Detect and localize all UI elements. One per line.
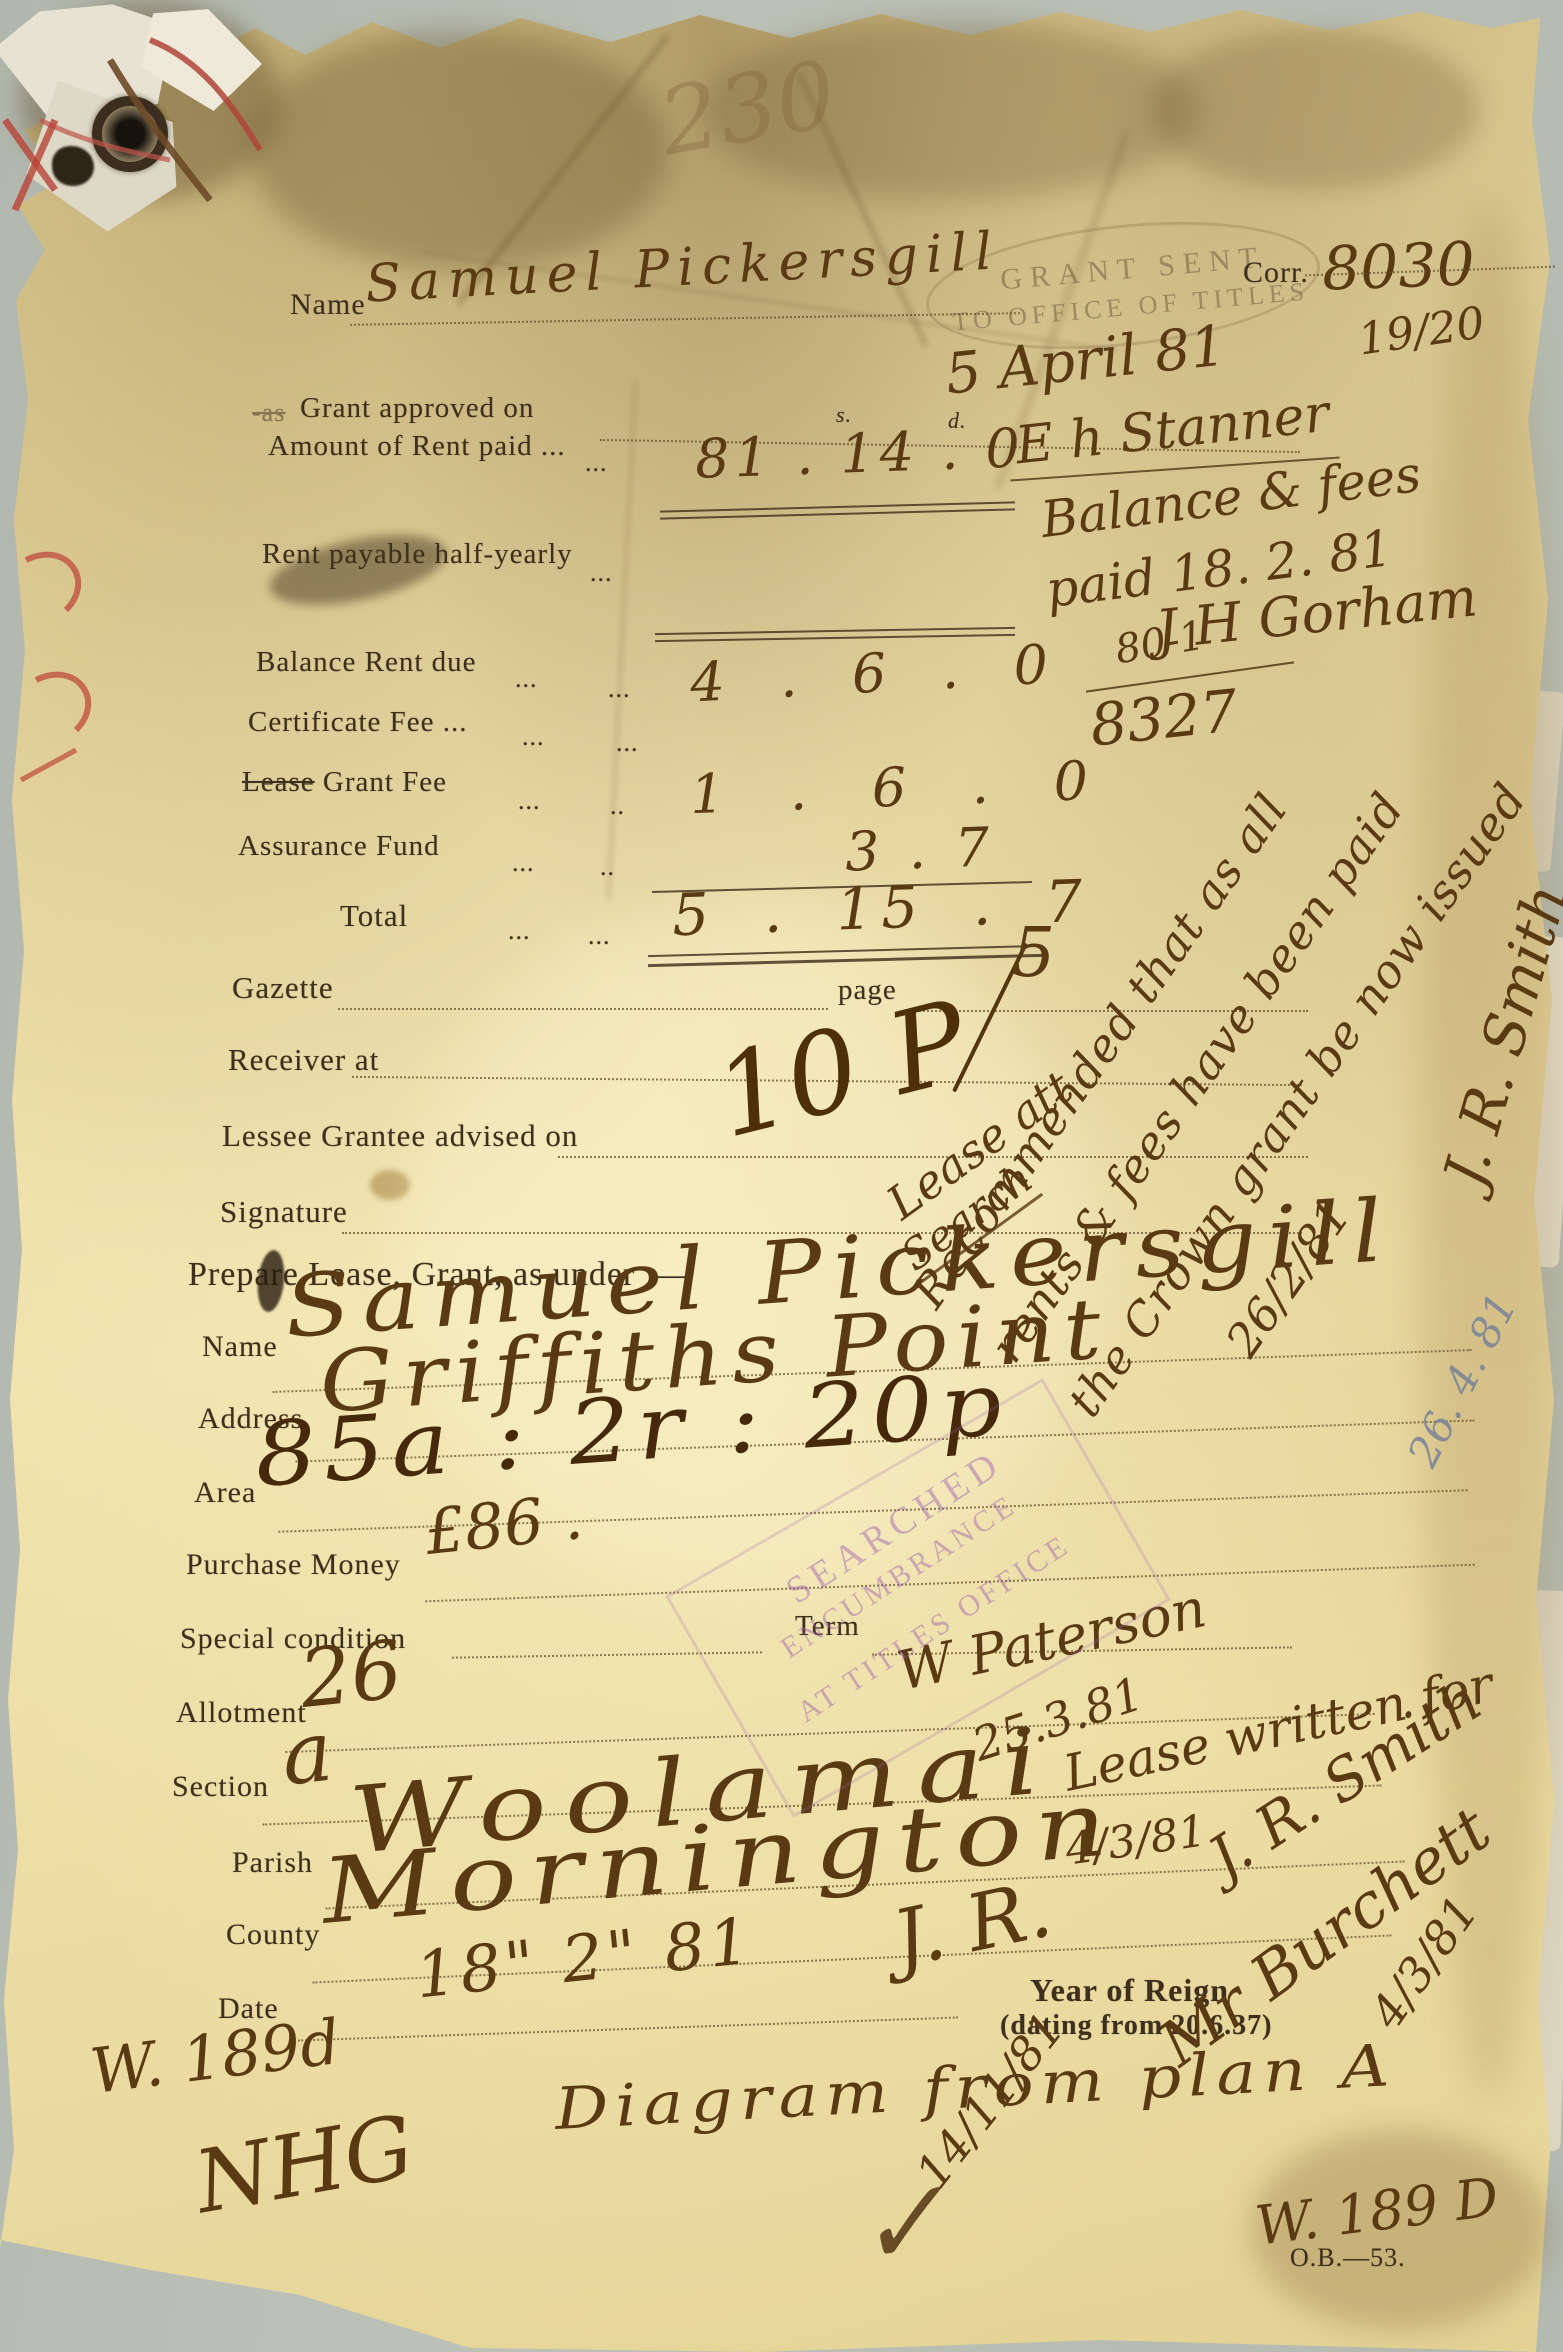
approved-prefix: -as (252, 398, 285, 428)
corr-label: Corr. (1243, 256, 1309, 290)
section-label: Section (172, 1770, 269, 1804)
total-label: Total (340, 898, 408, 934)
lease-word-struck: Lease (242, 766, 315, 798)
lease-grant-fee-label: Lease Grant Fee (242, 766, 447, 799)
rent-half-dots: ... (590, 558, 613, 588)
amount-rent-label: Amount of Rent paid ... (268, 430, 566, 463)
scanned-document: 230 GRANT SENT TO OFFICE OF TITLES Corr.… (0, 0, 1563, 2352)
five-note: 5 (1012, 914, 1055, 993)
assurance-dots-1: ... (512, 848, 535, 878)
signature-label: Signature (220, 1194, 348, 1230)
certificate-dots-1: ... (522, 722, 545, 752)
name-label: Name (290, 288, 366, 322)
total-dots-2: ... (588, 921, 611, 951)
prepare-name-label: Name (202, 1330, 278, 1364)
approved-label: Grant approved on (300, 392, 534, 425)
stain-top-far-right (1150, 30, 1480, 190)
form-number: O.B.—53. (1290, 2243, 1406, 2273)
gazette-label: Gazette (232, 970, 334, 1006)
red-margin-marks (6, 520, 136, 820)
assurance-dots-2: .. (600, 852, 615, 882)
purchase-money-label: Purchase Money (186, 1548, 401, 1582)
balance-dots-2: ... (608, 674, 631, 704)
amount-row-dots: ... (585, 448, 608, 478)
section-value: a (277, 1702, 337, 1805)
red-corner-marks (0, 100, 90, 250)
lease-fee-dots-2: .. (610, 791, 625, 821)
certificate-dots-2: ... (616, 728, 639, 758)
county-label: County (226, 1918, 320, 1952)
corr-value: 8030 (1321, 229, 1476, 304)
certificate-fee-label: Certificate Fee ... (248, 706, 468, 739)
total-dots-1: ... (508, 916, 531, 946)
rent-half-label: Rent payable half-yearly (262, 538, 573, 571)
grant-fee-word: Grant Fee (315, 766, 447, 798)
balance-rent-label: Balance Rent due (256, 646, 477, 679)
gazette-line (338, 1008, 828, 1010)
parish-label: Parish (232, 1846, 313, 1880)
area-label: Area (194, 1476, 256, 1510)
receiver-label: Receiver at (228, 1042, 379, 1078)
assurance-fund-label: Assurance Fund (238, 830, 440, 863)
lessee-advised-label: Lessee Grantee advised on (222, 1118, 578, 1154)
lease-fee-dots-1: ... (518, 786, 541, 816)
balance-dots-1: ... (515, 664, 538, 694)
amount-rent-value: 81 . 14 . 0 (694, 416, 1026, 490)
